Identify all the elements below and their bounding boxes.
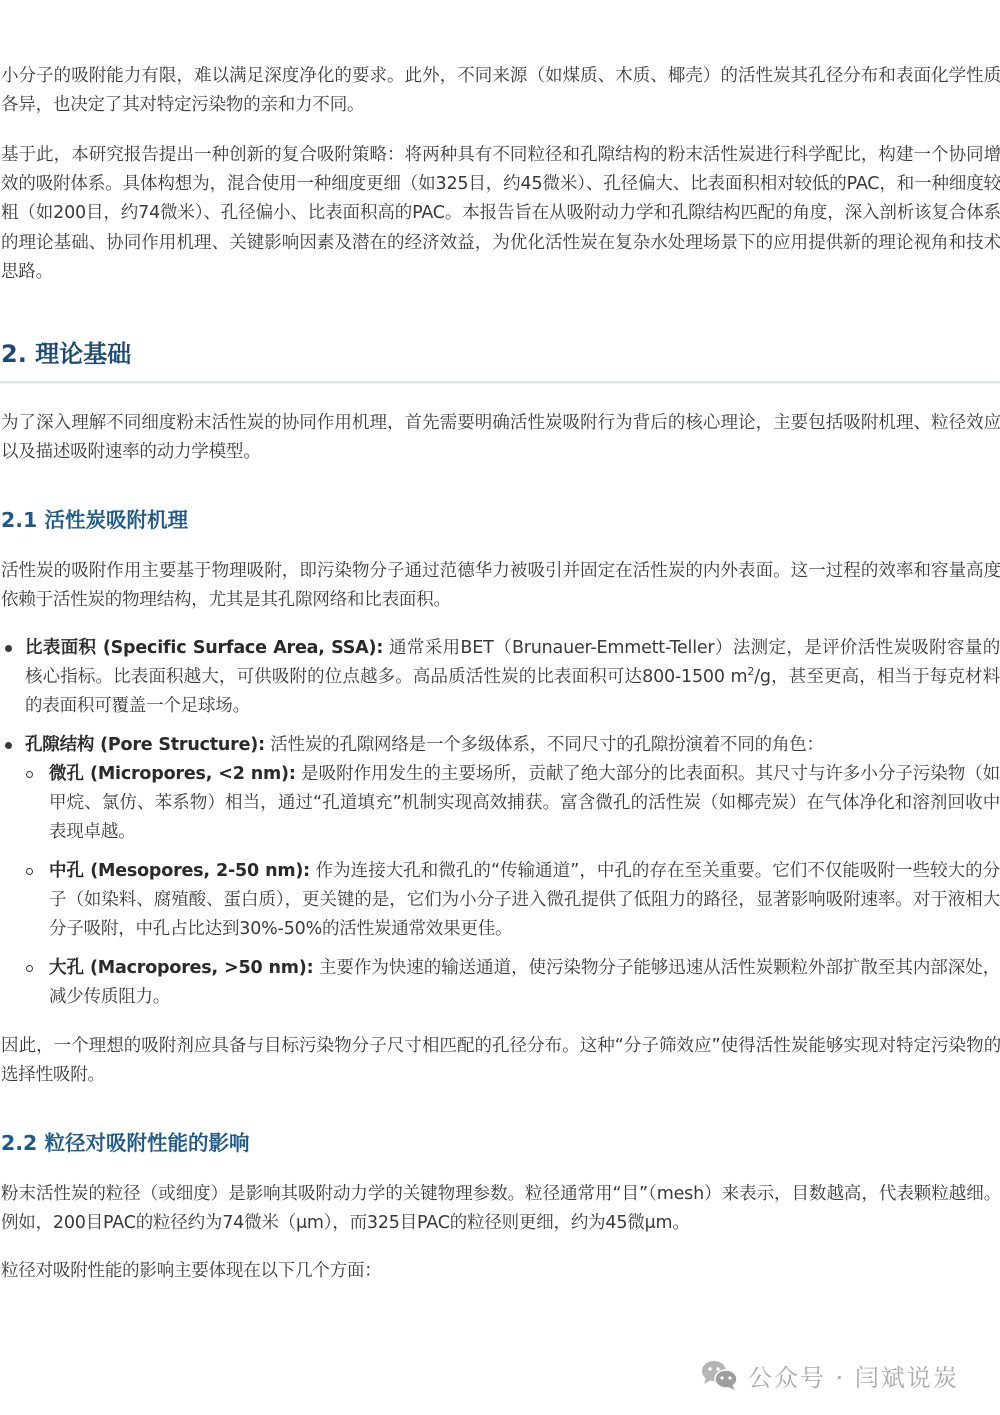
bullet-dot-icon [5, 742, 12, 749]
bullet-circle-icon [26, 868, 33, 875]
sub-item-macropores: 大孔 (Macropores, >50 nm): 主要作为快速的输送通道，使污染… [49, 954, 1000, 1012]
section-2-1-conclusion: 因此，一个理想的吸附剂应具备与目标污染物分子尺寸相匹配的孔径分布。这种“分子筛效… [1, 1032, 1000, 1090]
bullet-text: 活性炭的孔隙网络是一个多级体系，不同尺寸的孔隙扮演着不同的角色： [265, 735, 824, 755]
section-2-2-paragraph-1: 粉末活性炭的粒径（或细度）是影响其吸附动力学的关键物理参数。粒径通常用“目”（m… [1, 1180, 1000, 1238]
section-2-2-title: 2.2 粒径对吸附性能的影响 [1, 1129, 249, 1157]
sub-item-term: 大孔 (Macropores, >50 nm): [49, 958, 313, 978]
sub-item-micropores: 微孔 (Micropores, <2 nm): 是吸附作用发生的主要场所，贡献了… [49, 760, 1000, 848]
section-2-intro: 为了深入理解不同细度粉末活性炭的协同作用机理，首先需要明确活性炭吸附行为背后的核… [1, 409, 1000, 467]
wechat-icon [700, 1359, 740, 1391]
sub-item-term: 中孔 (Mesopores, 2-50 nm): [49, 861, 310, 881]
section-2-2-paragraph-2: 粒径对吸附性能的影响主要体现在以下几个方面： [1, 1257, 1000, 1286]
section-2-1-title: 2.1 活性炭吸附机理 [1, 506, 188, 534]
bullet-item-pore-structure: 孔隙结构 (Pore Structure): 活性炭的孔隙网络是一个多级体系，不… [25, 731, 1000, 760]
bullet-term: 比表面积 (Specific Surface Area, SSA): [25, 638, 383, 658]
wechat-watermark: 公众号 · 闫斌说炭 [700, 1357, 959, 1393]
sub-item-mesopores: 中孔 (Mesopores, 2-50 nm): 作为连接大孔和微孔的“传输通道… [49, 857, 1000, 945]
watermark-text: 公众号 · 闫斌说炭 [748, 1358, 959, 1393]
section-2-title: 2. 理论基础 [1, 338, 131, 370]
intro-paragraph-1: 小分子的吸附能力有限，难以满足深度净化的要求。此外，不同来源（如煤质、木质、椰壳… [1, 62, 1000, 120]
bullet-circle-icon [26, 771, 33, 778]
sub-item-term: 微孔 (Micropores, <2 nm): [49, 764, 296, 784]
bullet-term: 孔隙结构 (Pore Structure): [25, 735, 265, 755]
section-2-1-intro: 活性炭的吸附作用主要基于物理吸附，即污染物分子通过范德华力被吸引并固定在活性炭的… [1, 557, 1000, 615]
bullet-dot-icon [5, 645, 12, 652]
section-divider [0, 381, 1000, 384]
bullet-circle-icon [26, 965, 33, 972]
bullet-item-ssa: 比表面积 (Specific Surface Area, SSA): 通常采用B… [25, 634, 1000, 722]
intro-paragraph-2: 基于此，本研究报告提出一种创新的复合吸附策略：将两种具有不同粒径和孔隙结构的粉末… [1, 141, 1000, 287]
